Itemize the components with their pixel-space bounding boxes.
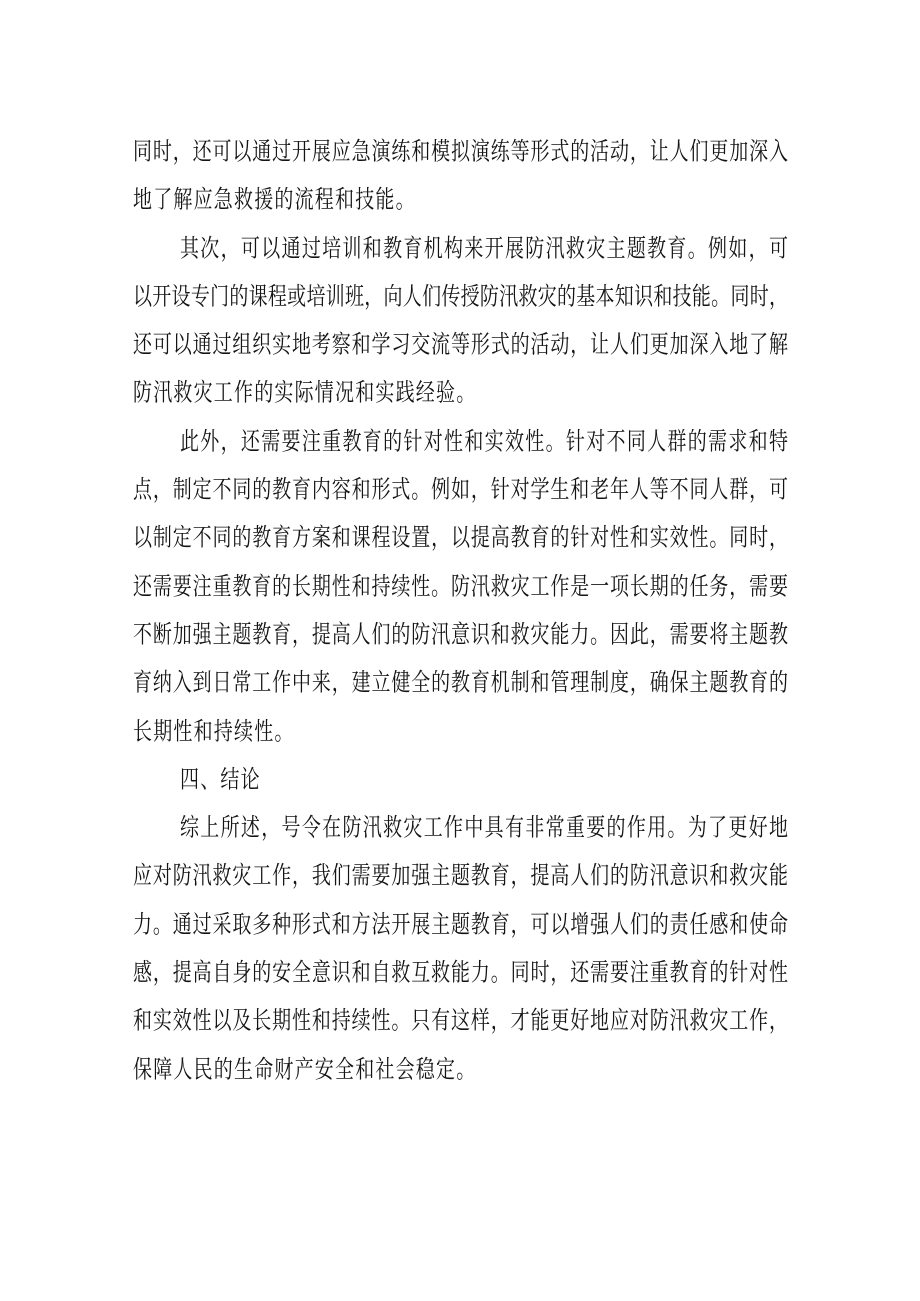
document-body: 同时，还可以通过开展应急演练和模拟演练等形式的活动，让人们更加深入地了解应急救援… <box>133 129 788 1095</box>
document-page: 同时，还可以通过开展应急演练和模拟演练等形式的活动，让人们更加深入地了解应急救援… <box>0 0 920 1301</box>
text-line: 保障人民的生命财产安全和社会稳定。 <box>133 1039 788 1102</box>
